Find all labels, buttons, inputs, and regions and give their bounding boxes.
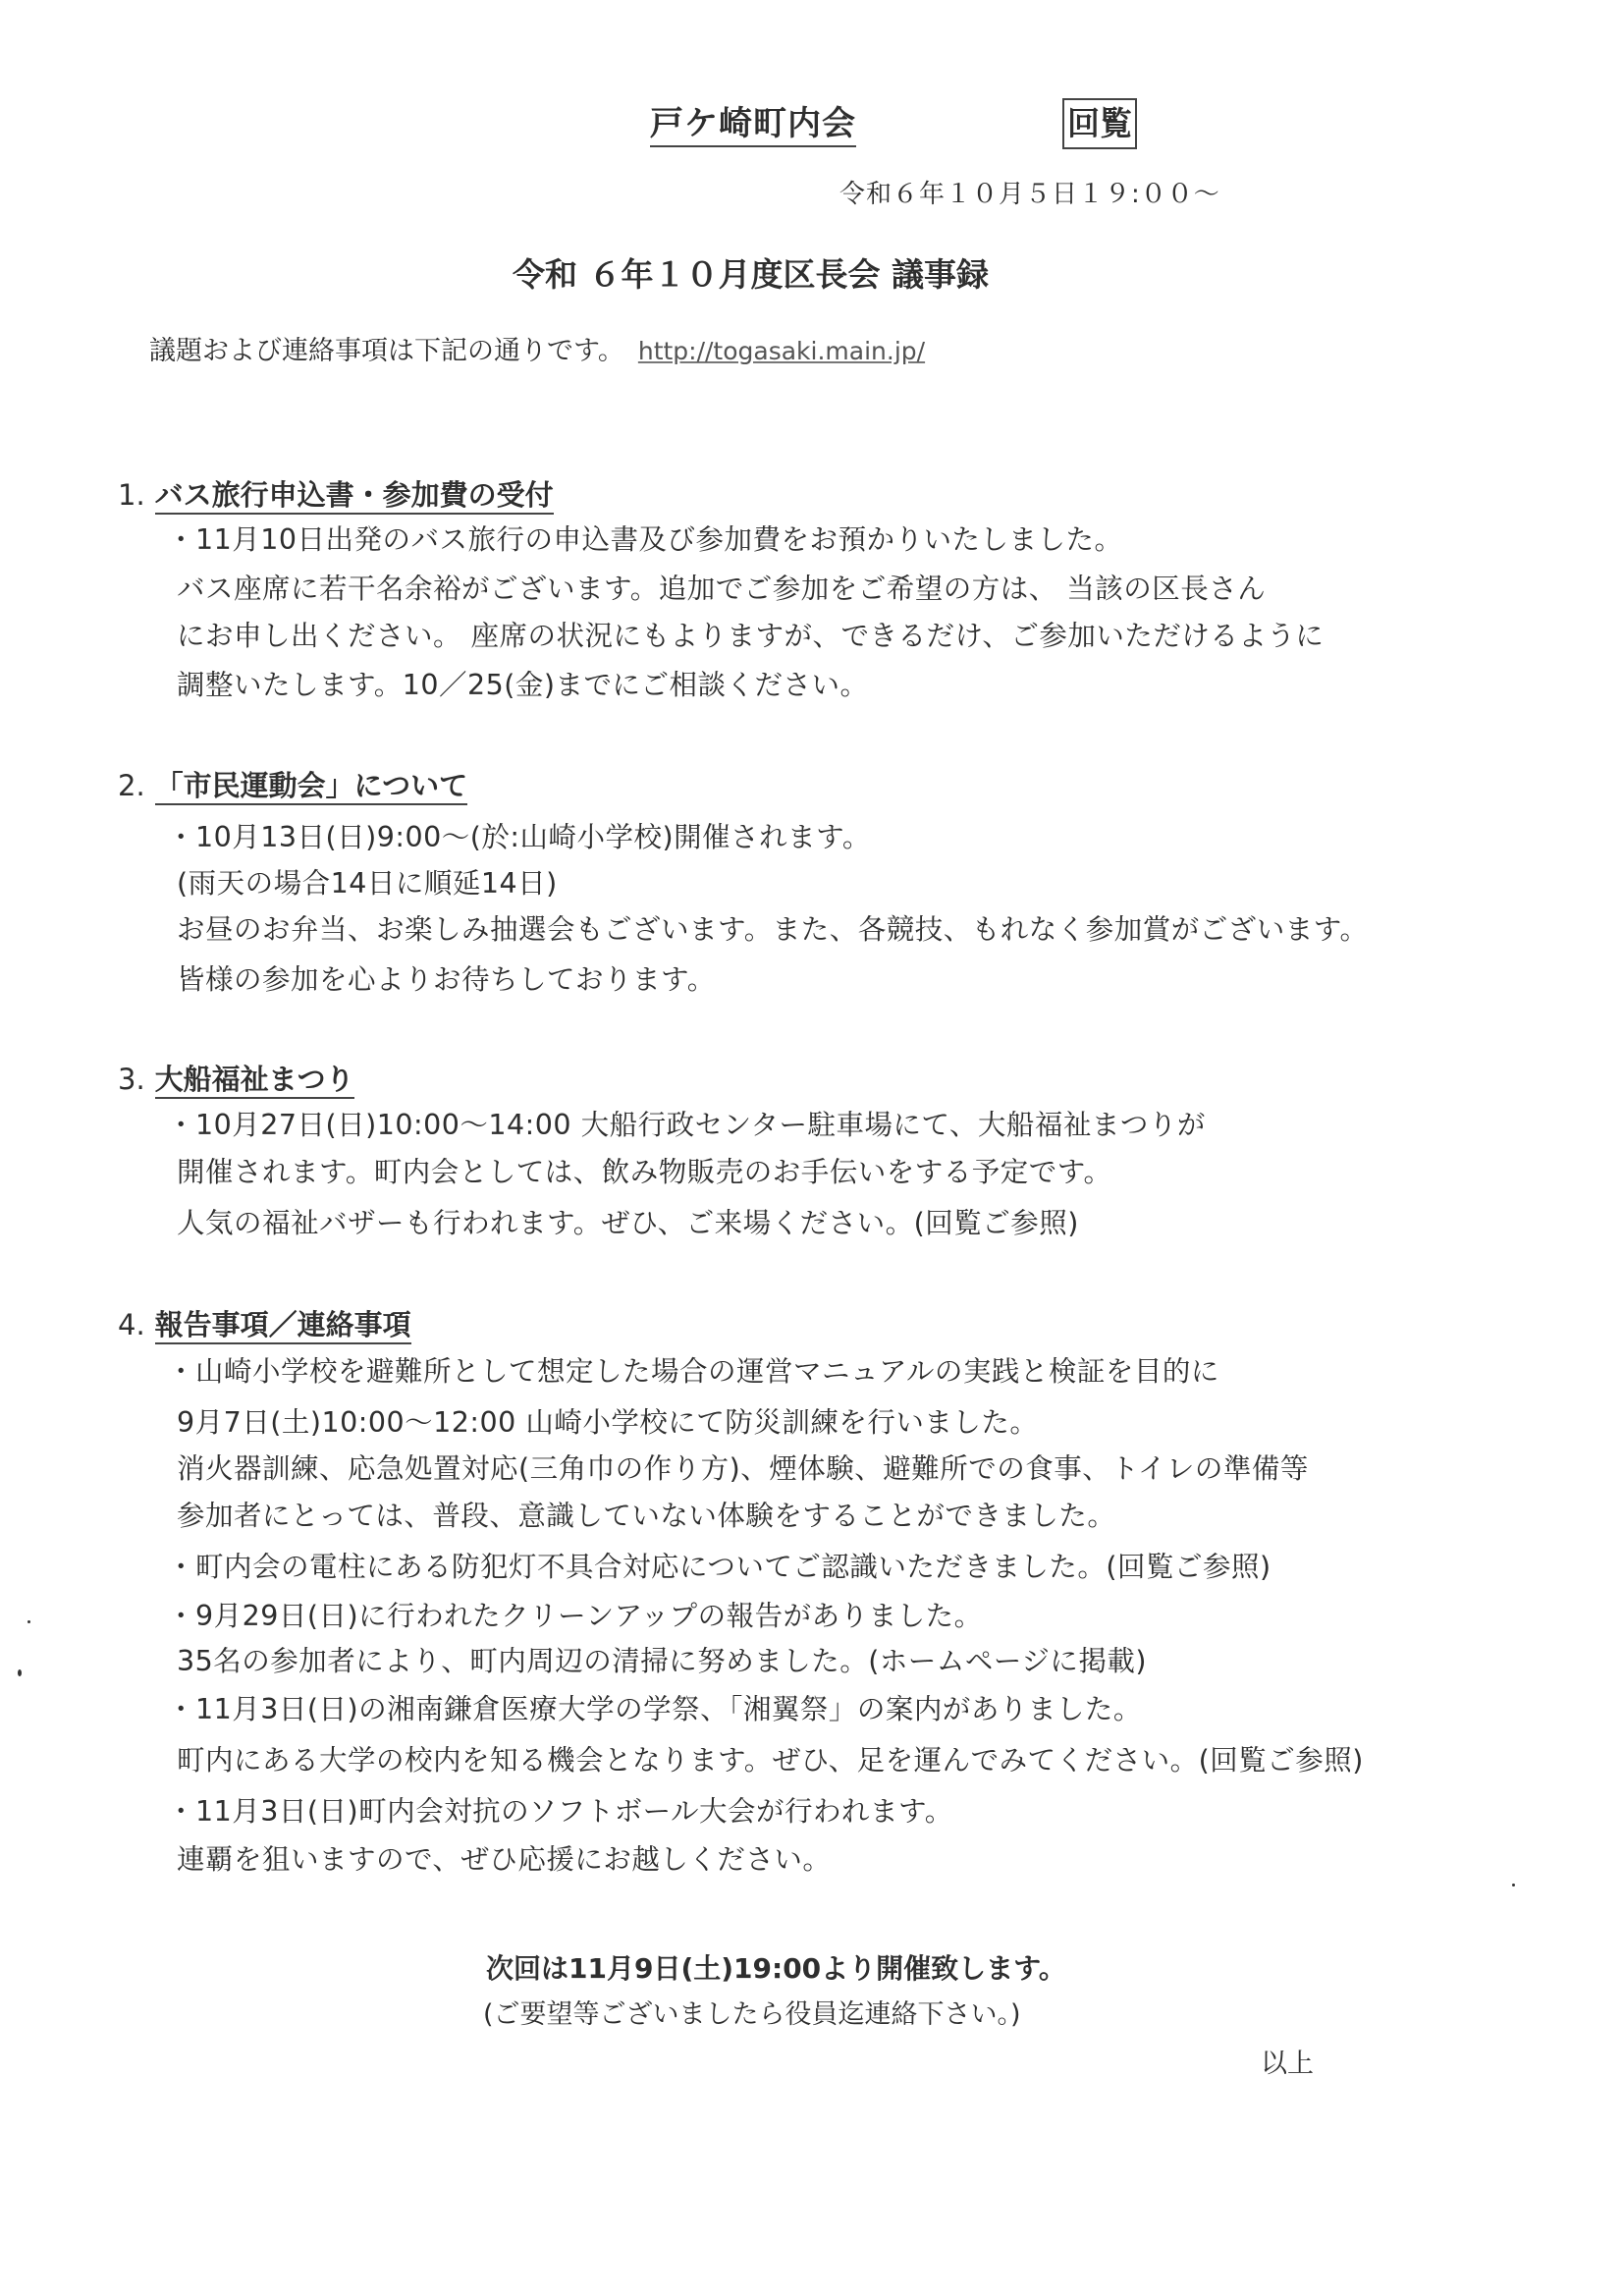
body-line: 皆様の参加を心よりお待ちしております。 — [177, 960, 716, 1000]
body-line: ・11月10日出発のバス旅行の申込書及び参加費をお預かりいたしました。 — [167, 520, 1123, 560]
body-line: ・11月3日(日)町内会対抗のソフトボール大会が行われます。 — [167, 1792, 953, 1831]
body-line: 人気の福祉バザーも行われます。ぜひ、ご来場ください。(回覧ご参照) — [177, 1204, 1079, 1243]
section-title: 大船福祉まつり — [155, 1063, 354, 1099]
body-line: ・10月27日(日)10:00～14:00 大船行政センター駐車場にて、大船福祉… — [167, 1106, 1206, 1145]
circulate-badge: 回覧 — [1062, 98, 1137, 149]
scan-speck — [27, 1620, 30, 1623]
body-line: 連覇を狙いますので、ぜひ応援にお越しください。 — [177, 1840, 831, 1880]
body-line: 35名の参加者により、町内周辺の清掃に努めました。(ホームページに掲載) — [177, 1642, 1147, 1681]
section-title: バス旅行申込書・参加費の受付 — [155, 478, 554, 515]
section-number: 1. — [118, 475, 145, 515]
body-line: バス座席に若干名余裕がございます。追加でご参加をご希望の方は、 当該の区長さん — [177, 570, 1266, 609]
body-line: にお申し出ください。 座席の状況にもよりますが、できるだけ、ご参加いただけるよう… — [177, 617, 1324, 656]
body-line: ・山崎小学校を避難所として想定した場合の運営マニュアルの実践と検証を目的に — [167, 1352, 1219, 1392]
body-line: 開催されます。町内会としては、飲み物販売のお手伝いをする予定です。 — [177, 1153, 1111, 1192]
section-heading-2: 2.「市民運動会」について — [118, 766, 467, 805]
closing-mark: 以上 — [1261, 2045, 1314, 2084]
section-title: 報告事項／連絡事項 — [155, 1308, 411, 1344]
scan-speck — [18, 1669, 22, 1676]
request-note: (ご要望等ございましたら役員迄連絡下さい。) — [483, 1995, 1021, 2035]
section-heading-4: 4.報告事項／連絡事項 — [118, 1305, 411, 1344]
scan-speck — [1512, 1884, 1515, 1886]
section-number: 3. — [118, 1060, 145, 1099]
document-title: 令和 ６年１０月度区長会 議事録 — [513, 253, 989, 297]
body-line: 調整いたします。10／25(金)までにご相談ください。 — [177, 666, 869, 705]
body-line: ・9月29日(日)に行われたクリーンアップの報告がありました。 — [167, 1597, 983, 1636]
website-link[interactable]: http://togasaki.main.jp/ — [638, 337, 925, 365]
body-line: 9月7日(土)10:00～12:00 山崎小学校にて防災訓練を行いました。 — [177, 1403, 1038, 1443]
body-line: ・町内会の電柱にある防犯灯不具合対応についてご認識いただきました。(回覧ご参照) — [167, 1548, 1271, 1587]
body-line: お昼のお弁当、お楽しみ抽選会もございます。また、各競技、もれなく参加賞がございま… — [177, 910, 1368, 950]
body-line: 町内にある大学の校内を知る機会となります。ぜひ、足を運んでみてください。(回覧ご… — [177, 1741, 1364, 1780]
body-line: (雨天の場合14日に順延14日) — [177, 864, 558, 903]
section-number: 4. — [118, 1305, 145, 1344]
body-line: ・11月3日(日)の湘南鎌倉医療大学の学祭、「湘翼祭」の案内がありました。 — [167, 1690, 1142, 1729]
section-title: 「市民運動会」について — [155, 769, 467, 805]
organization-title: 戸ケ崎町内会 — [650, 104, 856, 147]
section-number: 2. — [118, 766, 145, 805]
section-heading-3: 3.大船福祉まつり — [118, 1060, 354, 1099]
body-line: 参加者にとっては、普段、意識していない体験をすることができました。 — [177, 1497, 1115, 1536]
body-line: 消火器訓練、応急処置対応(三角巾の作り方)、煙体験、避難所での食事、トイレの準備… — [177, 1449, 1309, 1489]
next-meeting-notice: 次回は11月9日(土)19:00より開催致します。 — [486, 1949, 1066, 1989]
intro-text: 議題および連絡事項は下記の通りです。 — [149, 336, 624, 366]
section-heading-1: 1.バス旅行申込書・参加費の受付 — [118, 475, 554, 515]
intro-line: 議題および連絡事項は下記の通りです。http://togasaki.main.j… — [149, 332, 925, 371]
body-line: ・10月13日(日)9:00～(於:山崎小学校)開催されます。 — [167, 818, 871, 857]
meeting-datetime: 令和６年１０月５日１９:００～ — [839, 177, 1220, 212]
